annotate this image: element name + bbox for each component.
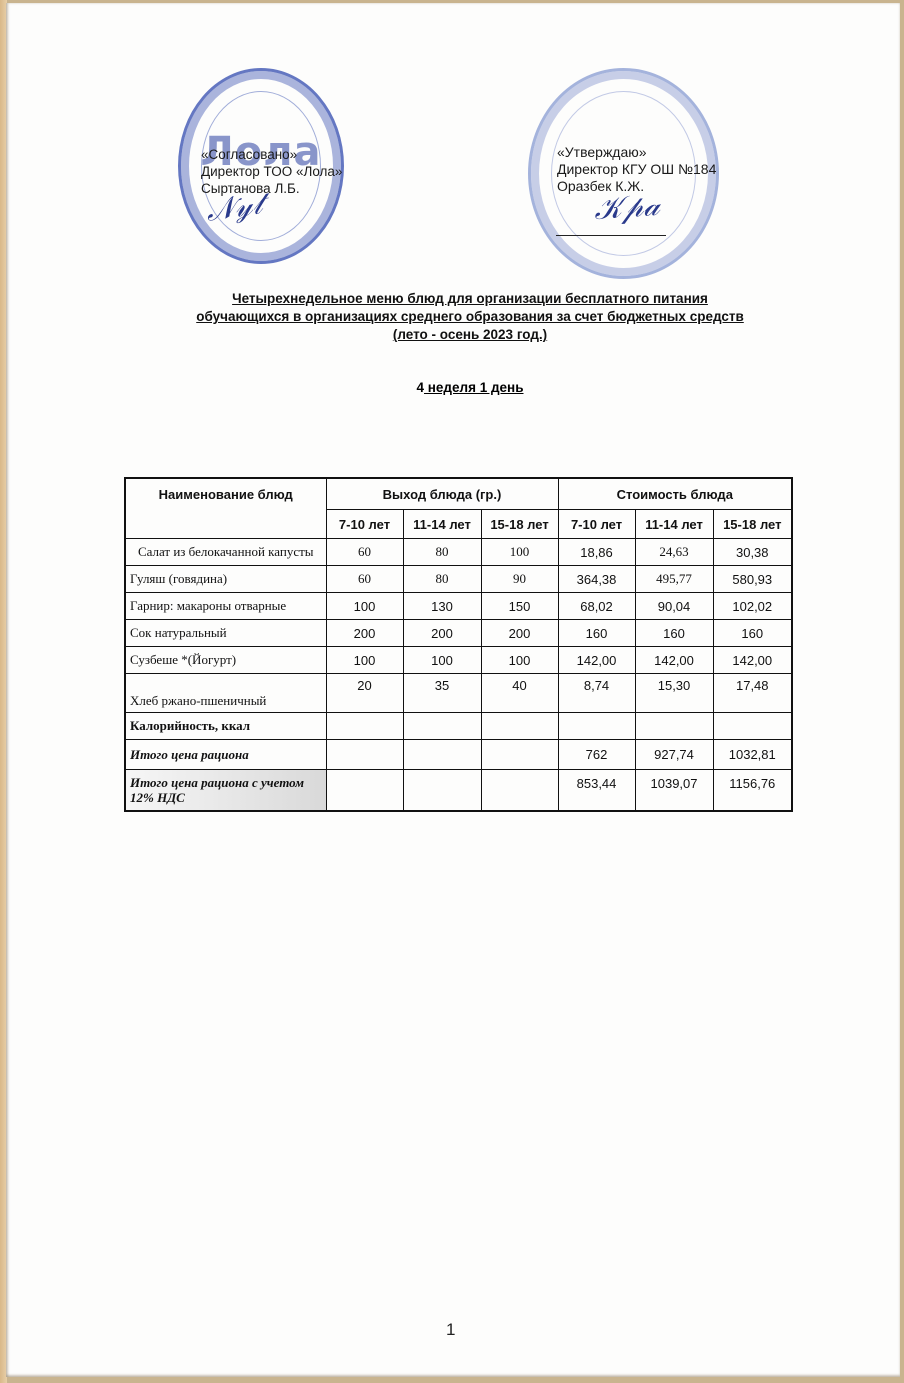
cell-value: 200 [481,620,558,647]
cell-value [403,770,481,812]
cell-value: 100 [481,647,558,674]
cell-value: 100 [481,539,558,566]
header-cost: Стоимость блюда [558,478,792,510]
cell-value: 927,74 [635,740,713,770]
table-header-row: Наименование блюд Выход блюда (гр.) Стои… [125,478,792,510]
header-age-group: 11-14 лет [403,510,481,539]
cell-value [481,713,558,740]
approval-agreed-block: «Согласовано» Директор ТОО «Лола» Сыртан… [201,146,342,197]
cell-value: 580,93 [713,566,792,593]
title-line-2: обучающихся в организациях среднего обра… [196,309,744,324]
cell-value: 17,48 [713,674,792,713]
approval-position: Директор ТОО «Лола» [201,163,342,180]
title-line-1: Четырехнедельное меню блюд для организац… [232,291,708,306]
cell-value: 100 [403,647,481,674]
cell-value: 160 [558,620,635,647]
cell-value [481,740,558,770]
cell-value: 20 [326,674,403,713]
cell-value: 495,77 [635,566,713,593]
cell-value: 90 [481,566,558,593]
document-title: Четырехнедельное меню блюд для организац… [180,290,760,344]
week-number: 4 [417,380,425,395]
cell-value [635,713,713,740]
calories-label: Калорийность, ккал [125,713,326,740]
cell-value: 35 [403,674,481,713]
cell-value [326,740,403,770]
dish-name: Гарнир: макароны отварные [125,593,326,620]
cell-value: 18,86 [558,539,635,566]
dish-name: Хлеб ржано-пшеничный [125,674,326,713]
cell-value: 80 [403,539,481,566]
dish-name: Сок натуральный [125,620,326,647]
cell-value [326,713,403,740]
cell-value: 200 [403,620,481,647]
cell-value: 130 [403,593,481,620]
cell-value: 100 [326,593,403,620]
header-age-group: 7-10 лет [558,510,635,539]
title-line-3: (лето - осень 2023 год.) [393,327,547,342]
cell-value [481,770,558,812]
header-age-group: 15-18 лет [481,510,558,539]
cell-value: 1039,07 [635,770,713,812]
header-age-group: 15-18 лет [713,510,792,539]
table-row: Сузбеше *(Йогурт) 100 100 100 142,00 142… [125,647,792,674]
cell-value: 90,04 [635,593,713,620]
table-row: Хлеб ржано-пшеничный 20 35 40 8,74 15,30… [125,674,792,713]
cell-value: 102,02 [713,593,792,620]
cell-value [403,740,481,770]
table-row-total: Итого цена рациона 762 927,74 1032,81 [125,740,792,770]
cell-value: 68,02 [558,593,635,620]
cell-value: 60 [326,566,403,593]
signature-line [556,235,666,236]
cell-value: 15,30 [635,674,713,713]
approval-heading: «Согласовано» [201,146,342,163]
header-output: Выход блюда (гр.) [326,478,558,510]
cell-value: 1156,76 [713,770,792,812]
table-row-total-vat: Итого цена рациона с учетом 12% НДС 853,… [125,770,792,812]
cell-value [713,713,792,740]
total-vat-label: Итого цена рациона с учетом 12% НДС [125,770,326,812]
dish-name: Сузбеше *(Йогурт) [125,647,326,674]
table-row: Гуляш (говядина) 60 80 90 364,38 495,77 … [125,566,792,593]
cell-value: 150 [481,593,558,620]
cell-value: 40 [481,674,558,713]
signature-right-icon: 𝒦𝓅𝒶 [593,188,661,228]
cell-value: 30,38 [713,539,792,566]
cell-value: 24,63 [635,539,713,566]
header-dish-name: Наименование блюд [125,478,326,539]
cell-value: 142,00 [558,647,635,674]
cell-value [558,713,635,740]
approval-heading: «Утверждаю» [557,144,716,161]
dish-name: Гуляш (говядина) [125,566,326,593]
table-row: Сок натуральный 200 200 200 160 160 160 [125,620,792,647]
cell-value: 364,38 [558,566,635,593]
approval-approved-block: «Утверждаю» Директор КГУ ОШ №184 Оразбек… [557,144,716,195]
cell-value [403,713,481,740]
cell-value: 160 [635,620,713,647]
cell-value: 142,00 [713,647,792,674]
cell-value [326,770,403,812]
cell-value: 100 [326,647,403,674]
cell-value: 853,44 [558,770,635,812]
cell-value: 200 [326,620,403,647]
cell-value: 1032,81 [713,740,792,770]
dish-name: Салат из белокачанной капусты [125,539,326,566]
menu-table: Наименование блюд Выход блюда (гр.) Стои… [124,477,793,812]
cell-value: 762 [558,740,635,770]
week-day-heading: 4 неделя 1 день [180,380,760,395]
cell-value: 60 [326,539,403,566]
cell-value: 80 [403,566,481,593]
cell-value: 160 [713,620,792,647]
approval-position: Директор КГУ ОШ №184 [557,161,716,178]
table-row-calories: Калорийность, ккал [125,713,792,740]
cell-value: 142,00 [635,647,713,674]
table-row: Гарнир: макароны отварные 100 130 150 68… [125,593,792,620]
table-row: Салат из белокачанной капусты 60 80 100 … [125,539,792,566]
cell-value: 8,74 [558,674,635,713]
header-age-group: 11-14 лет [635,510,713,539]
total-label: Итого цена рациона [125,740,326,770]
week-day-label: неделя 1 день [424,380,523,395]
header-age-group: 7-10 лет [326,510,403,539]
page-number: 1 [446,1320,455,1340]
